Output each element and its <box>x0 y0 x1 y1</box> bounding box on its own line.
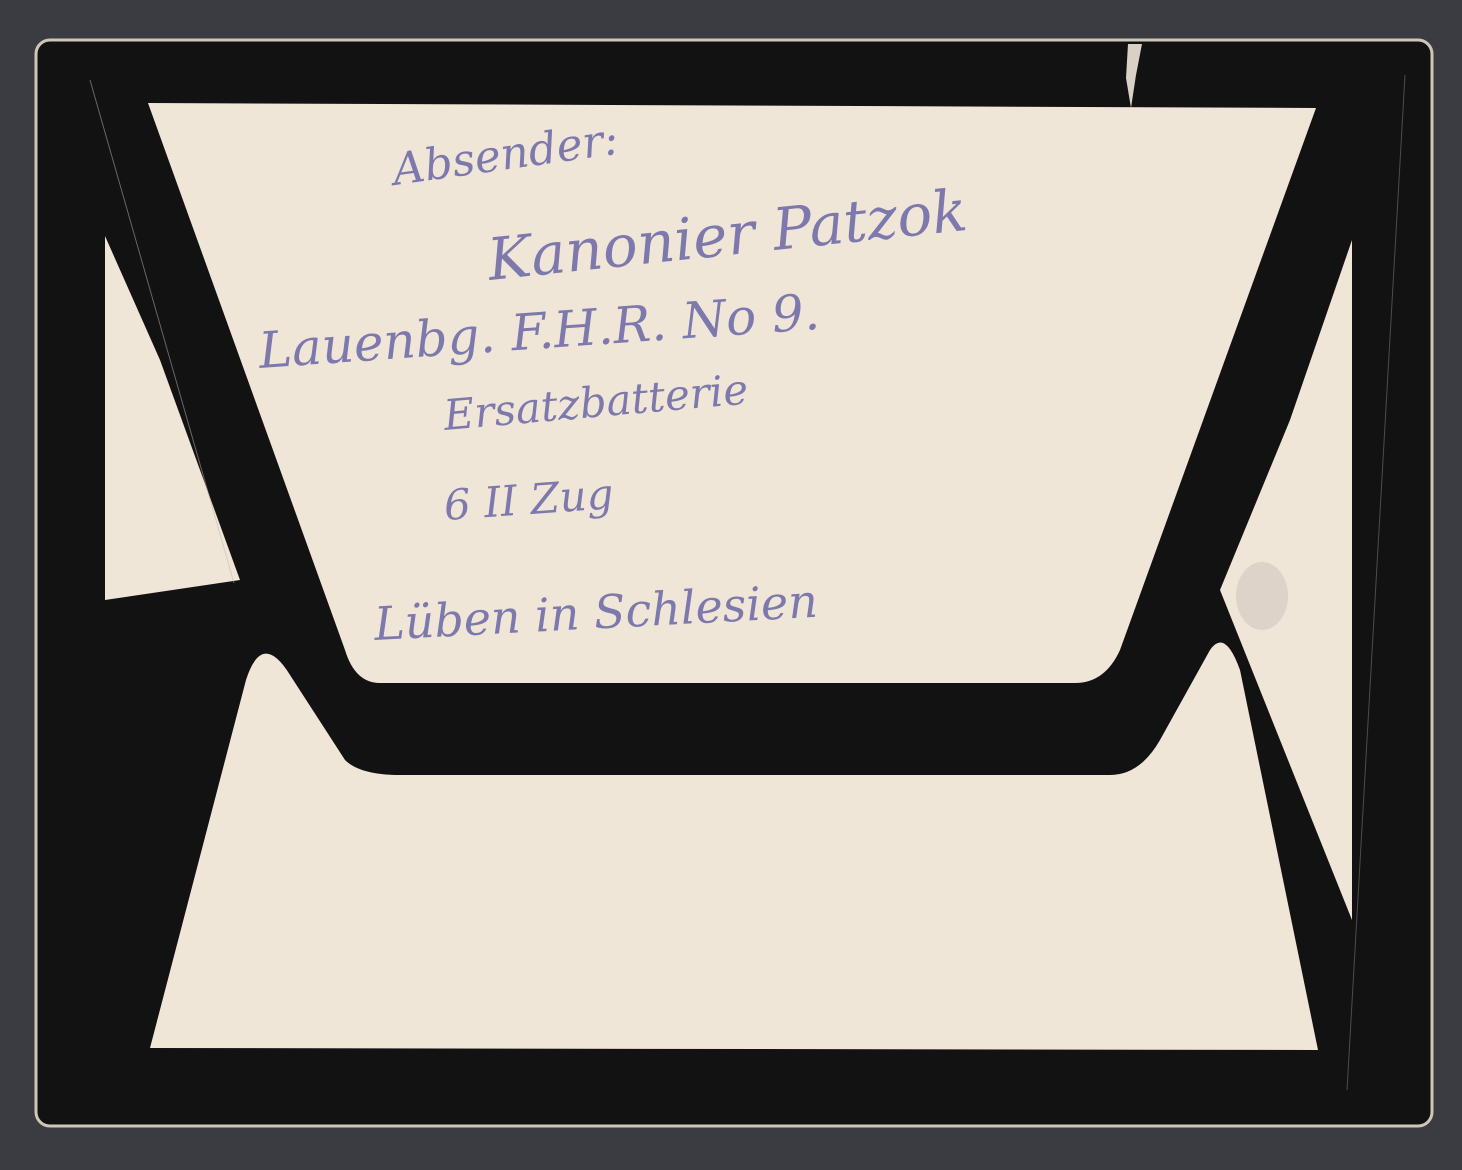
envelope-photo: Absender: Kanonier Patzok Lauenbg. F.H.R… <box>0 0 1462 1170</box>
